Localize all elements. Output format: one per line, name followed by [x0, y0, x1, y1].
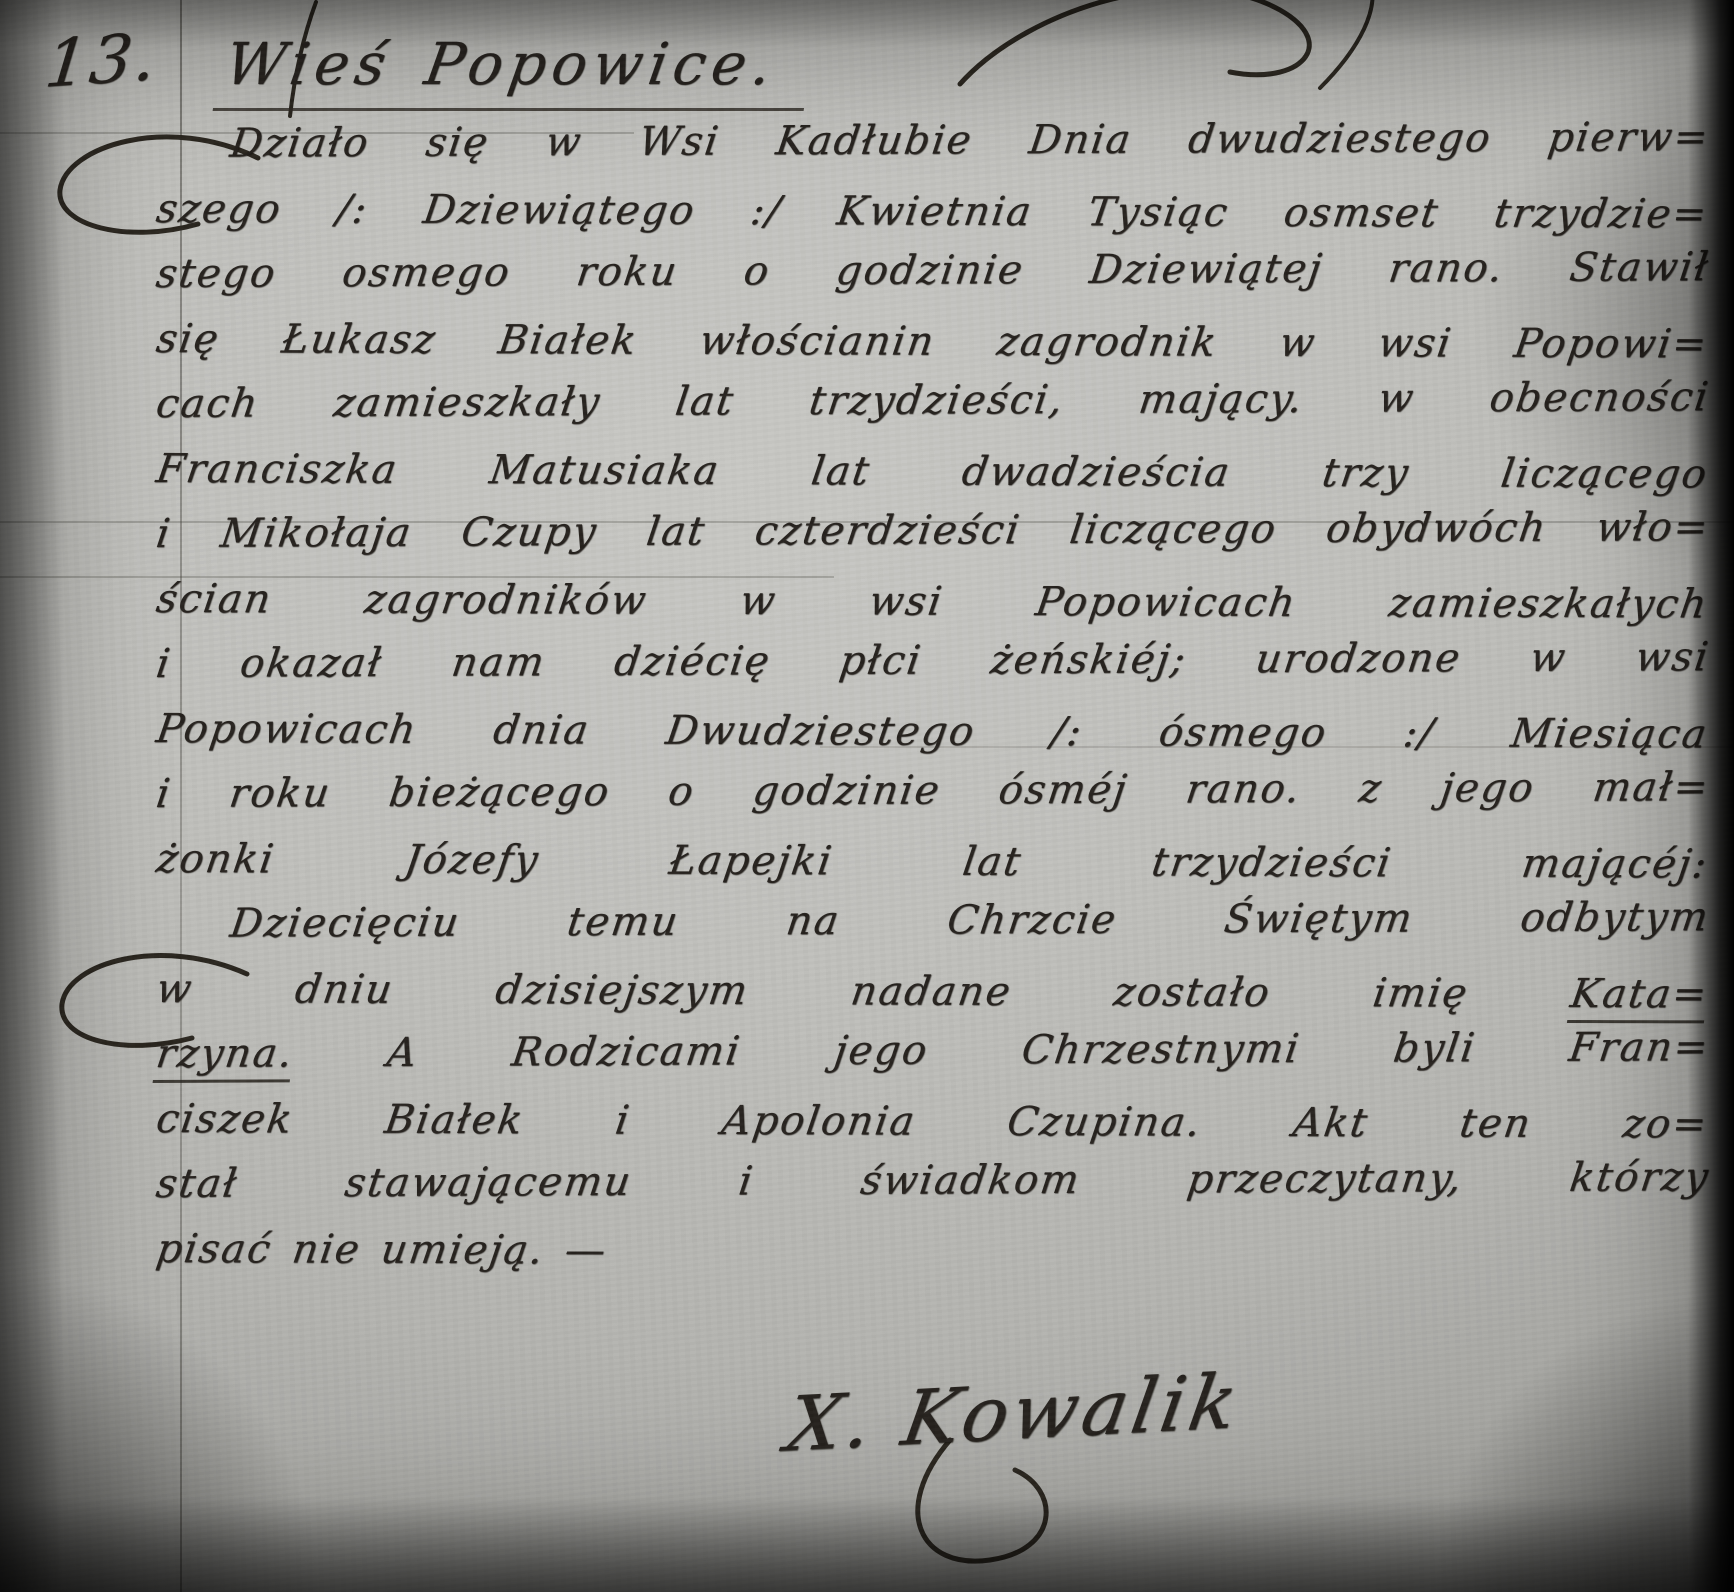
body-line: pisać nie umieją. —	[152, 1217, 1713, 1287]
line-text: ścian zagrodników w wsi Popowicach zamie…	[153, 576, 1711, 627]
line-text: Franciszka Matusiaka lat dwadzieścia trz…	[153, 446, 1711, 497]
body-line: stego osmego roku o godzinie Dziewiątej …	[152, 235, 1714, 307]
line-text: szego /: Dziewiątego :/ Kwietnia Tysiąc …	[153, 186, 1711, 237]
entry-header: 13. Wieś Popowice.	[46, 22, 810, 111]
line-text: stał stawającemu i świadkom przeczytany,…	[153, 1154, 1712, 1207]
ink-flourish-top-right	[940, 0, 1410, 98]
entry-number: 13.	[41, 18, 161, 103]
line-text: Dziecięciu temu na Chrzcie Świętym odbyt…	[227, 894, 1712, 946]
record-body-text: Działo się w Wsi Kadłubie Dnia dwudziest…	[152, 112, 1704, 1282]
line-text: ciszek Białek i Apolonia Czupina. Akt te…	[153, 1096, 1711, 1147]
line-text: i okazał nam dziécię płci żeńskiéj; urod…	[153, 634, 1712, 687]
body-line: cach zamieszkały lat trzydzieści, mający…	[152, 365, 1714, 437]
line-text: i roku bieżącego o godzinie ósméj rano. …	[153, 764, 1712, 817]
line-text: stego osmego roku o godzinie Dziewiątej …	[153, 244, 1712, 297]
line-text: w dniu dzisiejszym nadane zostało imię	[153, 966, 1574, 1017]
line-text: pisać nie umieją. —	[153, 1226, 610, 1274]
line-text: A Rodzicami jego Chrzestnymi byli Fran=	[291, 1024, 1713, 1076]
line-text: cach zamieszkały lat trzydzieści, mający…	[153, 374, 1712, 427]
body-line: Dziecięciu temu na Chrzcie Świętym odbyt…	[152, 885, 1714, 957]
line-text: i Mikołaja Czupy lat czterdzieści licząc…	[153, 504, 1712, 557]
entry-heading: Wieś Popowice.	[213, 30, 817, 111]
body-line: i Mikołaja Czupy lat czterdzieści licząc…	[152, 495, 1714, 567]
body-line: stał stawającemu i świadkom przeczytany,…	[152, 1145, 1714, 1217]
body-line: rzyna. A Rodzicami jego Chrzestnymi byli…	[152, 1015, 1714, 1087]
body-line: i okazał nam dziécię płci żeńskiéj; urod…	[152, 625, 1714, 697]
underlined-name-part: rzyna.	[153, 1030, 297, 1083]
register-scan-page: 13. Wieś Popowice. Działo się w Wsi Kadł…	[0, 0, 1734, 1592]
line-text: Popowicach dnia Dwudziestego /: ósmego :…	[153, 706, 1711, 757]
line-text: Działo się w Wsi Kadłubie Dnia dwudziest…	[227, 114, 1712, 166]
line-text: się Łukasz Białek włościanin zagrodnik w…	[153, 316, 1711, 367]
body-line: i roku bieżącego o godzinie ósméj rano. …	[152, 755, 1714, 827]
body-line: Działo się w Wsi Kadłubie Dnia dwudziest…	[152, 105, 1714, 177]
line-text: żonki Józefy Łapejki lat trzydzieści maj…	[153, 836, 1711, 887]
